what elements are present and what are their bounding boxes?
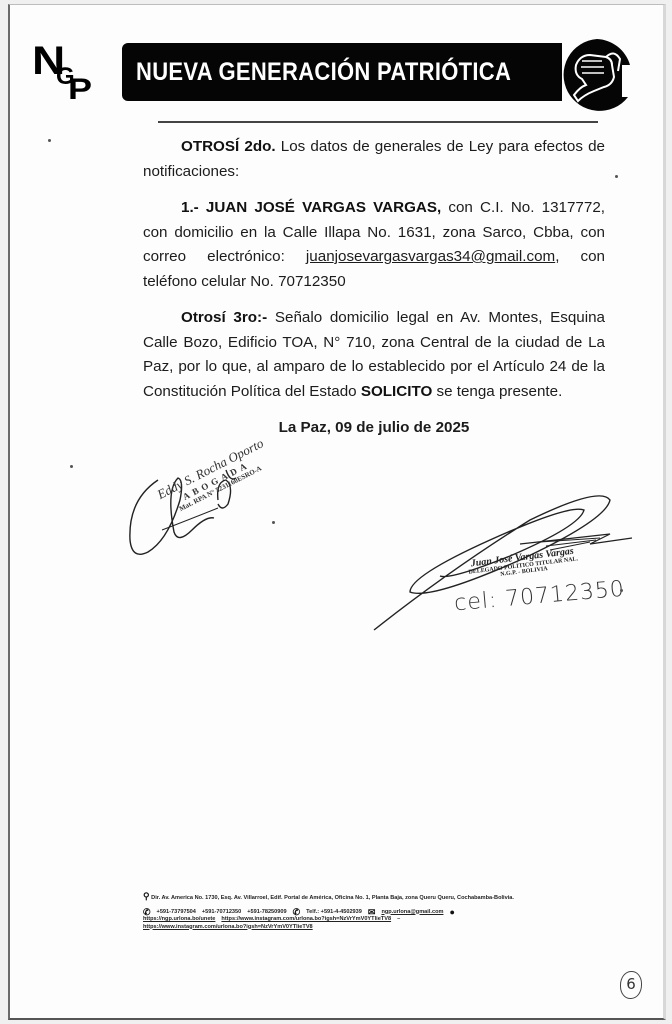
otrosi-3ro-paragraph: Otrosí 3ro:- Señalo domicilio legal en A… [143,306,605,404]
scan-speck [615,175,618,178]
delegate-signature: Juan José Vargas Vargas DELEGADO POLÍTIC… [370,480,650,640]
location-pin-icon: ⚲ [143,893,150,901]
logo-letter-p: P [68,75,92,105]
scan-speck [48,139,51,142]
footer-separator: – [397,916,400,924]
date-line: La Paz, 09 de julio de 2025 [143,416,605,441]
scan-speck [70,465,73,468]
footer-landline: Telf.: +591-4-4502939 [306,909,362,917]
phone-icon: ✆ [143,909,151,917]
phone-icon: ✆ [293,909,301,917]
otrosi-2do-paragraph: OTROSÍ 2do. Los datos de generales de Le… [143,135,605,184]
footer-instagram-link-2[interactable]: https://www.instagram.com/urlona.bo?igsh… [143,924,313,932]
globe-icon: ● [449,909,454,917]
footer-contacts: ✆ +591-73797504 +591-70712350 +591-78250… [143,909,583,917]
footer-phone-2: +591-70712350 [202,909,241,917]
lawyer-signature: Eddy S. Rocha Oporto ABOGADA Mat. RPA N°… [118,460,298,590]
footer-email-link[interactable]: ngp.urlona@gmail.com [381,909,443,917]
clasped-hands-icon [554,35,640,115]
email-link[interactable]: juanjosevargasvargas34@gmail.com [306,248,555,265]
scan-speck [620,589,623,592]
ngp-logo: N G P [32,41,112,103]
banner-title: NUEVA GENERACIÓN PATRIÓTICA [136,57,511,86]
party-name: 1.- JUAN JOSÉ VARGAS VARGAS, [181,199,441,216]
footer-links: https://ngp.urlona.bo/unete https://www.… [143,916,583,924]
solicito-emphasis: SOLICITO [361,383,432,400]
scan-speck [272,521,275,524]
handwritten-page-number: 6 [620,971,642,999]
otrosi-3ro-closing: se tenga presente. [432,383,562,400]
footer-website-link[interactable]: https://ngp.urlona.bo/unete [143,916,215,924]
party-details-paragraph: 1.- JUAN JOSÉ VARGAS VARGAS, con C.I. No… [143,196,605,294]
footer-instagram-link[interactable]: https://www.instagram.com/urlona.bo?igsh… [221,916,391,924]
party-name-banner: NUEVA GENERACIÓN PATRIÓTICA [122,43,562,101]
header-divider [158,121,598,123]
footer-phone-3: +591-78250909 [247,909,286,917]
letterhead-footer: ⚲ Dir. Av. America No. 1730, Esq. Av. Vi… [143,893,583,931]
document-page: N G P NUEVA GENERACIÓN PATRIÓTICA OTROSÍ… [8,4,666,1020]
footer-links-2: https://www.instagram.com/urlona.bo?igsh… [143,924,583,932]
footer-phone-1: +591-73797504 [157,909,196,917]
footer-address: Dir. Av. America No. 1730, Esq. Av. Vill… [151,895,514,901]
document-body: OTROSÍ 2do. Los datos de generales de Le… [143,135,605,441]
envelope-icon: ✉ [368,909,376,917]
otrosi-3ro-heading: Otrosí 3ro:- [181,309,267,326]
otrosi-2do-heading: OTROSÍ 2do. [181,138,276,155]
